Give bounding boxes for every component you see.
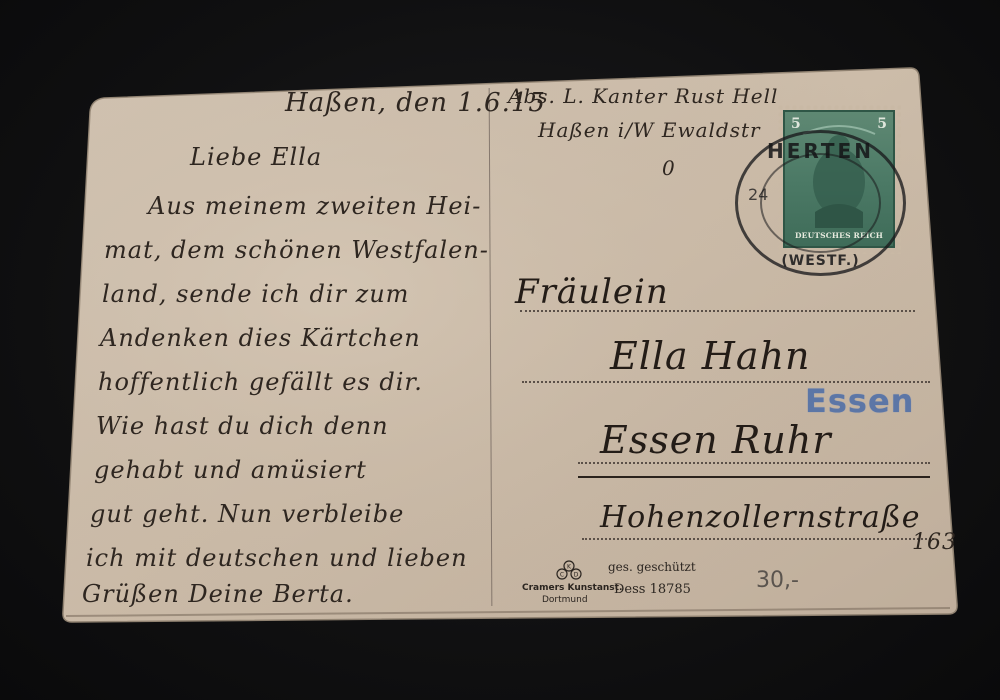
message-line: gehabt und amüsiert [94, 456, 367, 484]
svg-text:C: C [560, 572, 564, 579]
address-salutation: Fräulein [515, 272, 669, 312]
message-line: ich mit deutschen und lieben [86, 544, 468, 572]
message-line: Aus meinem zweiten Hei- [148, 192, 481, 220]
message-line: land, sende ich dir zum [102, 280, 409, 308]
message-line: Grüßen Deine Berta. [82, 580, 354, 608]
message-date: Haßen, den 1.6.15 [285, 88, 546, 118]
blue-city-stamp: Essen [805, 382, 914, 420]
address-city: Essen Ruhr [600, 418, 832, 462]
message-line: Andenken dies Kärtchen [100, 324, 421, 352]
address-street: Hohenzollernstraße [600, 500, 921, 535]
svg-text:D: D [574, 572, 579, 579]
postmark-town: HERTEN [738, 139, 903, 163]
address-dotted-line [578, 462, 930, 464]
stamp-value-left: 5 [791, 116, 801, 132]
sender-line: 0 [662, 156, 676, 180]
address-underline [578, 476, 930, 478]
sender-line: Abs. L. Kanter Rust Hell [508, 84, 778, 108]
publisher-name: Cramers Kunstanst. [522, 583, 622, 593]
address-house-number: 163 [912, 530, 957, 555]
sender-line: Haßen i/W Ewaldstr [538, 118, 761, 142]
pencil-price-mark: 30,- [756, 568, 799, 593]
publisher-city: Dortmund [542, 595, 588, 605]
message-greeting: Liebe Ella [190, 143, 322, 171]
address-dotted-line [520, 310, 915, 312]
message-line: Wie hast du dich denn [96, 412, 389, 440]
postcard: Haßen, den 1.6.15 Liebe Ella Aus meinem … [0, 0, 1000, 700]
postmark: HERTEN 24 (WESTF.) [735, 130, 906, 276]
svg-text:K: K [567, 564, 572, 571]
address-name: Ella Hahn [610, 334, 811, 378]
publisher-cloverleaf-logo-icon: K C D [556, 560, 582, 582]
message-line: mat, dem schönen Westfalen- [104, 236, 489, 264]
message-line: gut geht. Nun verbleibe [90, 500, 404, 528]
postmark-date: 24 [748, 185, 768, 204]
design-number: Dess 18785 [614, 582, 691, 597]
postmark-inner-ring [760, 153, 881, 253]
postmark-region: (WESTF.) [738, 253, 903, 269]
printed-protection-notice: ges. geschützt [608, 560, 696, 574]
stamp-value-right: 5 [877, 116, 887, 132]
address-dotted-line [582, 538, 934, 540]
message-line: hoffentlich gefällt es dir. [98, 368, 423, 396]
